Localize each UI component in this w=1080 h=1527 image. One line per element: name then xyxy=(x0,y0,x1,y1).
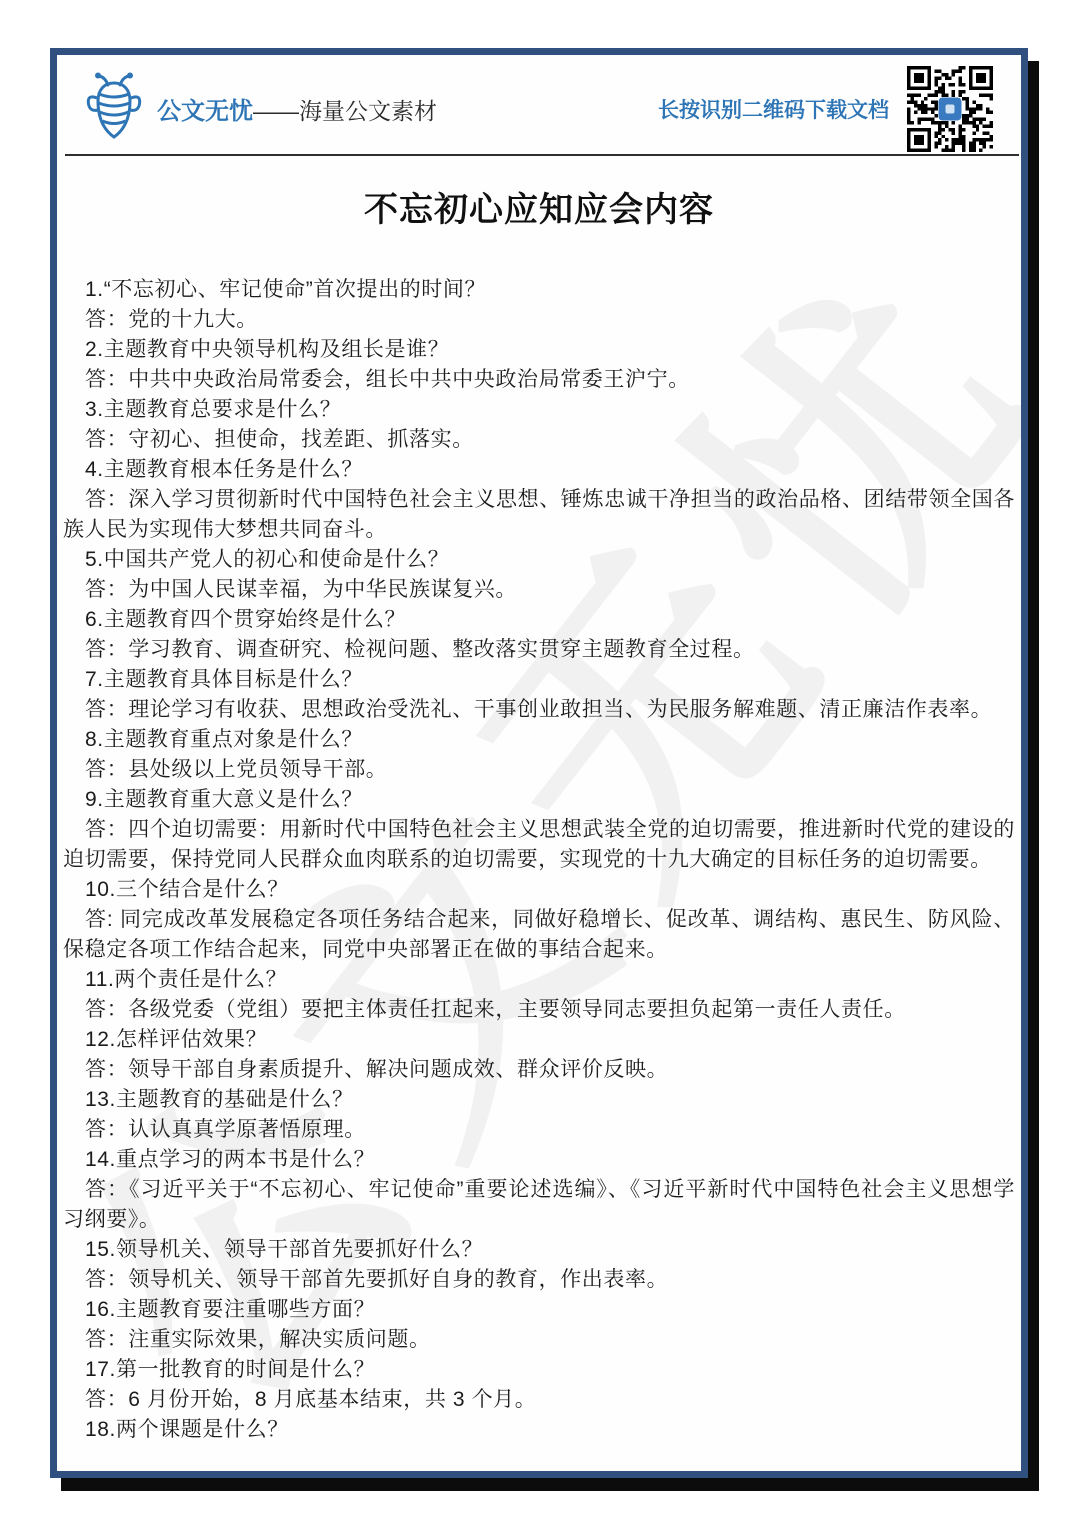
answer-text: 答：中共中央政治局常委会，组长中共中央政治局常委王沪宁。 xyxy=(63,365,1015,395)
document-header: 公文无忧——海量公文素材 长按识别二维码下载文档 xyxy=(57,55,1021,154)
qr-code[interactable] xyxy=(907,66,993,152)
answer-text: 答：认认真真学原著悟原理。 xyxy=(63,1115,1015,1145)
question-text: 14.重点学习的两本书是什么？ xyxy=(63,1145,1015,1175)
question-text: 1.“不忘初心、牢记使命”首次提出的时间？ xyxy=(63,275,1015,305)
question-text: 3.主题教育总要求是什么？ xyxy=(63,395,1015,425)
answer-text: 答：县处级以上党员领导干部。 xyxy=(63,755,1015,785)
answer-text: 答：深入学习贯彻新时代中国特色社会主义思想、锤炼忠诚干净担当的政治品格、团结带领… xyxy=(63,485,1015,545)
question-text: 17.第一批教育的时间是什么？ xyxy=(63,1355,1015,1385)
question-text: 8.主题教育重点对象是什么？ xyxy=(63,725,1015,755)
brand: 公文无忧——海量公文素材 xyxy=(157,91,437,126)
question-text: 9.主题教育重大意义是什么？ xyxy=(63,785,1015,815)
question-text: 6.主题教育四个贯穿始终是什么？ xyxy=(63,605,1015,635)
brand-tagline: ——海量公文素材 xyxy=(253,98,437,124)
bee-logo-icon xyxy=(85,70,143,147)
question-text: 2.主题教育中央领导机构及组长是谁？ xyxy=(63,335,1015,365)
answer-text: 答：各级党委（党组）要把主体责任扛起来，主要领导同志要担负起第一责任人责任。 xyxy=(63,995,1015,1025)
answer-text: 答：理论学习有收获、思想政治受洗礼、干事创业敢担当、为民服务解难题、清正廉洁作表… xyxy=(63,695,1015,725)
question-text: 10.三个结合是什么？ xyxy=(63,875,1015,905)
answer-text: 答：党的十九大。 xyxy=(63,305,1015,335)
document-page: 公文无忧 公文无忧——海量公文素材 长按识别二维码下载 xyxy=(50,48,1028,1478)
question-text: 13.主题教育的基础是什么？ xyxy=(63,1085,1015,1115)
qa-list: 1.“不忘初心、牢记使命”首次提出的时间？答：党的十九大。2.主题教育中央领导机… xyxy=(63,275,1015,1445)
header-divider xyxy=(65,154,1019,156)
question-text: 18.两个课题是什么？ xyxy=(63,1415,1015,1445)
answer-text: 答：为中国人民谋幸福，为中华民族谋复兴。 xyxy=(63,575,1015,605)
qr-download-hint: 长按识别二维码下载文档 xyxy=(658,94,889,124)
answer-text: 答：领导机关、领导干部首先要抓好自身的教育，作出表率。 xyxy=(63,1265,1015,1295)
question-text: 4.主题教育根本任务是什么？ xyxy=(63,455,1015,485)
answer-text: 答：守初心、担使命，找差距、抓落实。 xyxy=(63,425,1015,455)
answer-text: 答：《习近平关于“不忘初心、牢记使命”重要论述选编》、《习近平新时代中国特色社会… xyxy=(63,1175,1015,1235)
answer-text: 答: 同完成改革发展稳定各项任务结合起来，同做好稳增长、促改革、调结构、惠民生、… xyxy=(63,905,1015,965)
question-text: 11.两个责任是什么？ xyxy=(63,965,1015,995)
answer-text: 答：领导干部自身素质提升、解决问题成效、群众评价反映。 xyxy=(63,1055,1015,1085)
answer-text: 答：注重实际效果，解决实质问题。 xyxy=(63,1325,1015,1355)
question-text: 12.怎样评估效果？ xyxy=(63,1025,1015,1055)
question-text: 7.主题教育具体目标是什么？ xyxy=(63,665,1015,695)
question-text: 5.中国共产党人的初心和使命是什么？ xyxy=(63,545,1015,575)
answer-text: 答：6 月份开始，8 月底基本结束，共 3 个月。 xyxy=(63,1385,1015,1415)
question-text: 16.主题教育要注重哪些方面？ xyxy=(63,1295,1015,1325)
document-title: 不忘初心应知应会内容 xyxy=(57,182,1021,231)
answer-text: 答：四个迫切需要：用新时代中国特色社会主义思想武装全党的迫切需要，推进新时代党的… xyxy=(63,815,1015,875)
brand-name: 公文无忧 xyxy=(157,98,253,125)
answer-text: 答：学习教育、调查研究、检视问题、整改落实贯穿主题教育全过程。 xyxy=(63,635,1015,665)
question-text: 15.领导机关、领导干部首先要抓好什么？ xyxy=(63,1235,1015,1265)
